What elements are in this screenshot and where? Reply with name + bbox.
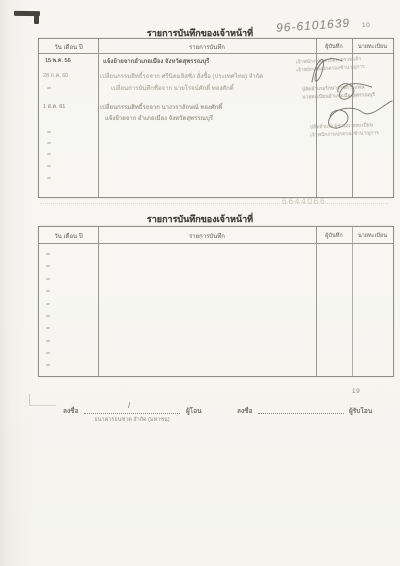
page-number-bottom: 19: [352, 388, 360, 395]
ditto-mark: [47, 131, 51, 134]
table2-title: รายการบันทึกของเจ้าหน้าที่: [0, 212, 400, 226]
table1-header-date: วัน เดือน ปี: [39, 42, 98, 52]
table2-header-line: [39, 243, 393, 244]
ditto-mark: [46, 278, 50, 281]
table1-header-record: รายการบันทึก: [98, 42, 316, 52]
table1-row1-text: แจ้งย้ายจากอำเภอเมือง จังหวัดสุพรรณบุรี: [103, 56, 209, 66]
table1-row2-text-line1: เปลี่ยนกรรมสิทธิ์รถจาก ศรีนิคมลิสซิ่ง สั…: [100, 71, 263, 81]
ditto-mark: [47, 87, 51, 90]
transferee-label: ผู้รับโอน: [349, 406, 372, 416]
table2: วัน เดือน ปี รายการบันทึก ผู้บันทึก นายท…: [38, 226, 394, 377]
ditto-mark: [47, 177, 51, 180]
table1-divider-date: [98, 39, 99, 197]
ditto-mark: [46, 327, 50, 330]
scan-artifact-bottom-bracket: [29, 394, 56, 406]
table2-divider-registrar: [352, 227, 353, 376]
table2-header-record: รายการบันทึก: [98, 231, 316, 241]
sign-label-left: ลงชื่อ: [63, 406, 78, 416]
ditto-mark: [46, 290, 50, 293]
table2-header-recorder: ผู้บันทึก: [316, 232, 352, 240]
table2-header-registrar: นายทะเบียน: [352, 232, 393, 240]
transferor-label: ผู้โอน: [186, 406, 202, 416]
table1-row3-text-line2: แจ้งย้ายจาก อำเภอเมือง จังหวัดสุพรรณบุรี: [105, 113, 213, 123]
table1-row2-text-line2: เปลี่ยนการบันทึกชื่อจาก นายโรจน์ศักดิ์ ท…: [111, 83, 234, 93]
table1-row1-date: 15 พ.ค. 56: [45, 57, 71, 65]
bank-name: ธนาคารธนชาต จำกัด (มหาชน): [84, 416, 180, 424]
ditto-mark: [46, 352, 50, 355]
ditto-mark: [46, 340, 50, 343]
transferor-signature-line: [84, 403, 180, 414]
ditto-mark: [47, 153, 51, 156]
table2-divider-recorder: [316, 227, 317, 376]
scan-noise-line: [40, 203, 388, 204]
table1-header-registrar: นายทะเบียน: [352, 43, 393, 51]
table2-divider-date: [98, 227, 99, 376]
ditto-mark: [46, 315, 50, 318]
ditto-mark: [46, 364, 50, 367]
ditto-mark: [47, 142, 51, 145]
ditto-mark: [46, 303, 50, 306]
table2-header-date: วัน เดือน ปี: [39, 231, 98, 241]
table1-row3-text-line1: เปลี่ยนกรรมสิทธิ์รถจาก นางวราลักษณ์ ทองศ…: [100, 102, 222, 112]
table1-row2-date: 28 ก.ค. 60: [43, 72, 68, 80]
sign-label-right: ลงชื่อ: [237, 406, 252, 416]
scan-artifact-corner-bar-down: [34, 13, 39, 24]
transferee-signature-line: [258, 403, 344, 414]
ditto-mark: [46, 265, 50, 268]
ditto-mark: [47, 165, 51, 168]
ditto-mark: [46, 253, 50, 256]
table1-row3-date: 1 ส.ค. 61: [43, 103, 65, 111]
stamp-3: ปลัดอำเภอ ผู้ช่วยนายทะเบียน เจ้าพนักงานป…: [310, 121, 395, 140]
signature-slash-mark: /: [128, 401, 130, 410]
scanned-document-page: 96-6101639 10 6644066 19 รายการบันทึกของ…: [0, 0, 400, 566]
